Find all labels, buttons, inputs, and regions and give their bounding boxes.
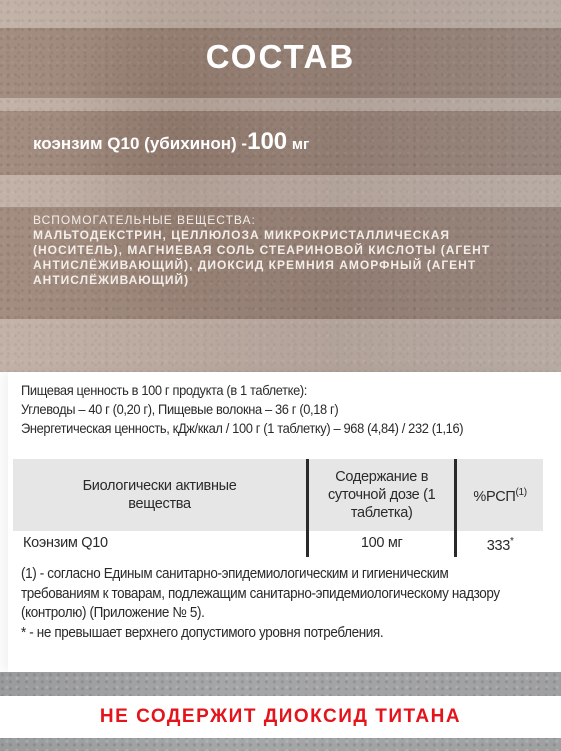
header-daily-dose: Содержание в суточной дозе (1 таблетка) <box>308 459 456 531</box>
table-row: Коэнзим Q10 100 мг 333* <box>13 531 543 557</box>
header-substance-text: Биологически активные вещества <box>75 477 245 513</box>
main-ingredient-unit: мг <box>292 136 309 153</box>
cell-daily-dose: 100 мг <box>308 531 456 557</box>
nutrition-line: Углеводы – 40 г (0,20 г), Пищевые волокн… <box>21 400 463 419</box>
table-header-row: Биологически активные вещества Содержани… <box>13 459 543 531</box>
nutrition-line: Пищевая ценность в 100 г продукта (в 1 т… <box>21 381 463 400</box>
warning-banner: НЕ СОДЕРЖИТ ДИОКСИД ТИТАНА <box>0 696 561 738</box>
decorative-band <box>0 319 561 372</box>
decorative-band <box>0 98 561 111</box>
header-rsp: %РСП(1) <box>456 459 543 531</box>
decorative-band <box>0 0 561 28</box>
main-ingredient: коэнзим Q10 (убихинон) -100 мг <box>33 128 309 156</box>
header-background: СОСТАВ коэнзим Q10 (убихинон) -100 мг Вс… <box>0 0 561 372</box>
bioactive-substances-table: Биологически активные вещества Содержани… <box>13 459 543 557</box>
excipients-text: мальтодекстрин, целлюлоза микрокристалли… <box>33 228 490 287</box>
header-rsp-text: %РСП <box>473 489 515 505</box>
warning-text: НЕ СОДЕРЖИТ ДИОКСИД ТИТАНА <box>100 706 461 728</box>
cell-rsp-value: 333 <box>487 538 510 554</box>
header-rsp-footnote-ref: (1) <box>516 487 527 498</box>
excipients-block: Вспомогательные вещества: мальтодекстрин… <box>33 213 503 288</box>
footer-background: НЕ СОДЕРЖИТ ДИОКСИД ТИТАНА <box>0 672 561 751</box>
page-title: СОСТАВ <box>0 38 561 76</box>
footnote-2: * - не превышает верхнего допустимого ур… <box>21 624 523 644</box>
nutrition-facts: Пищевая ценность в 100 г продукта (в 1 т… <box>21 381 463 438</box>
footnotes: (1) - согласно Единым санитарно-эпидемио… <box>21 565 523 643</box>
header-daily-dose-text: Содержание в суточной дозе (1 таблетка) <box>318 468 446 522</box>
footnote-1: (1) - согласно Единым санитарно-эпидемио… <box>21 565 523 624</box>
excipients-label: Вспомогательные вещества: <box>33 213 503 228</box>
header-substance: Биологически активные вещества <box>13 459 308 531</box>
nutrition-line: Энергетическая ценность, кДж/ккал / 100 … <box>21 419 463 438</box>
cell-substance: Коэнзим Q10 <box>13 531 308 557</box>
decorative-band <box>0 175 561 207</box>
main-ingredient-name: коэнзим Q10 (убихинон) - <box>33 134 247 153</box>
nutrition-info-panel: Пищевая ценность в 100 г продукта (в 1 т… <box>8 372 561 672</box>
cell-rsp: 333* <box>456 531 543 557</box>
cell-rsp-mark: * <box>510 536 514 547</box>
main-ingredient-amount: 100 <box>247 128 287 155</box>
